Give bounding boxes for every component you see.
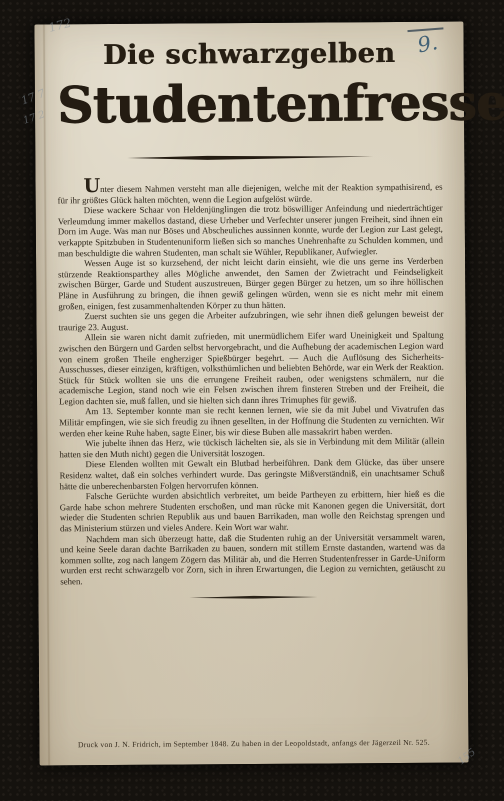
pencil-mark: 17 2 (22, 109, 47, 126)
body-paragraph: Diese wackere Schaar von Heldenjünglinge… (58, 203, 443, 259)
body-paragraph: Wie jubelte ihnen das Herz, wie tückisch… (59, 436, 444, 460)
photo-background: { "document": { "title_line1": "Die schw… (0, 0, 504, 801)
body-paragraph: Unter diesem Nahmen versteht man alle di… (58, 180, 443, 206)
printer-imprint: Druck von J. N. Fridrich, im September 1… (61, 738, 446, 750)
swelled-rule-divider-small (189, 594, 317, 600)
printed-content: Die schwarzgelben Studentenfresser. Unte… (56, 22, 446, 766)
body-paragraph: Diese Elenden wollten mit Gewalt ein Blu… (59, 457, 444, 491)
body-paragraph: Allein sie waren nicht damit zufrieden, … (59, 330, 445, 407)
body-paragraph: Nachdem man sich überzeugt hatte, daß di… (60, 531, 445, 587)
body-text: Unter diesem Nahmen versteht man alle di… (58, 180, 446, 587)
body-paragraph: Am 13. September konnte man sie recht ke… (59, 404, 444, 438)
pencil-mark: 155 (456, 747, 478, 767)
pencil-mark: 17 7 (19, 87, 46, 108)
body-paragraph: Zuerst suchten sie uns gegen die Arbeite… (58, 309, 443, 333)
document-title-line1: Die schwarzgelben (57, 38, 442, 72)
swelled-rule-divider (127, 154, 373, 162)
document-title-line2: Studentenfresser. (57, 73, 442, 135)
body-paragraph: Falsche Gerüchte wurden absichtlich verb… (60, 489, 445, 534)
body-paragraph: Wessen Auge ist so kurzsehend, der nicht… (58, 256, 443, 312)
broadside-sheet: 172 17 7 17 2 155 9. Die schwarzgelben S… (34, 22, 468, 766)
